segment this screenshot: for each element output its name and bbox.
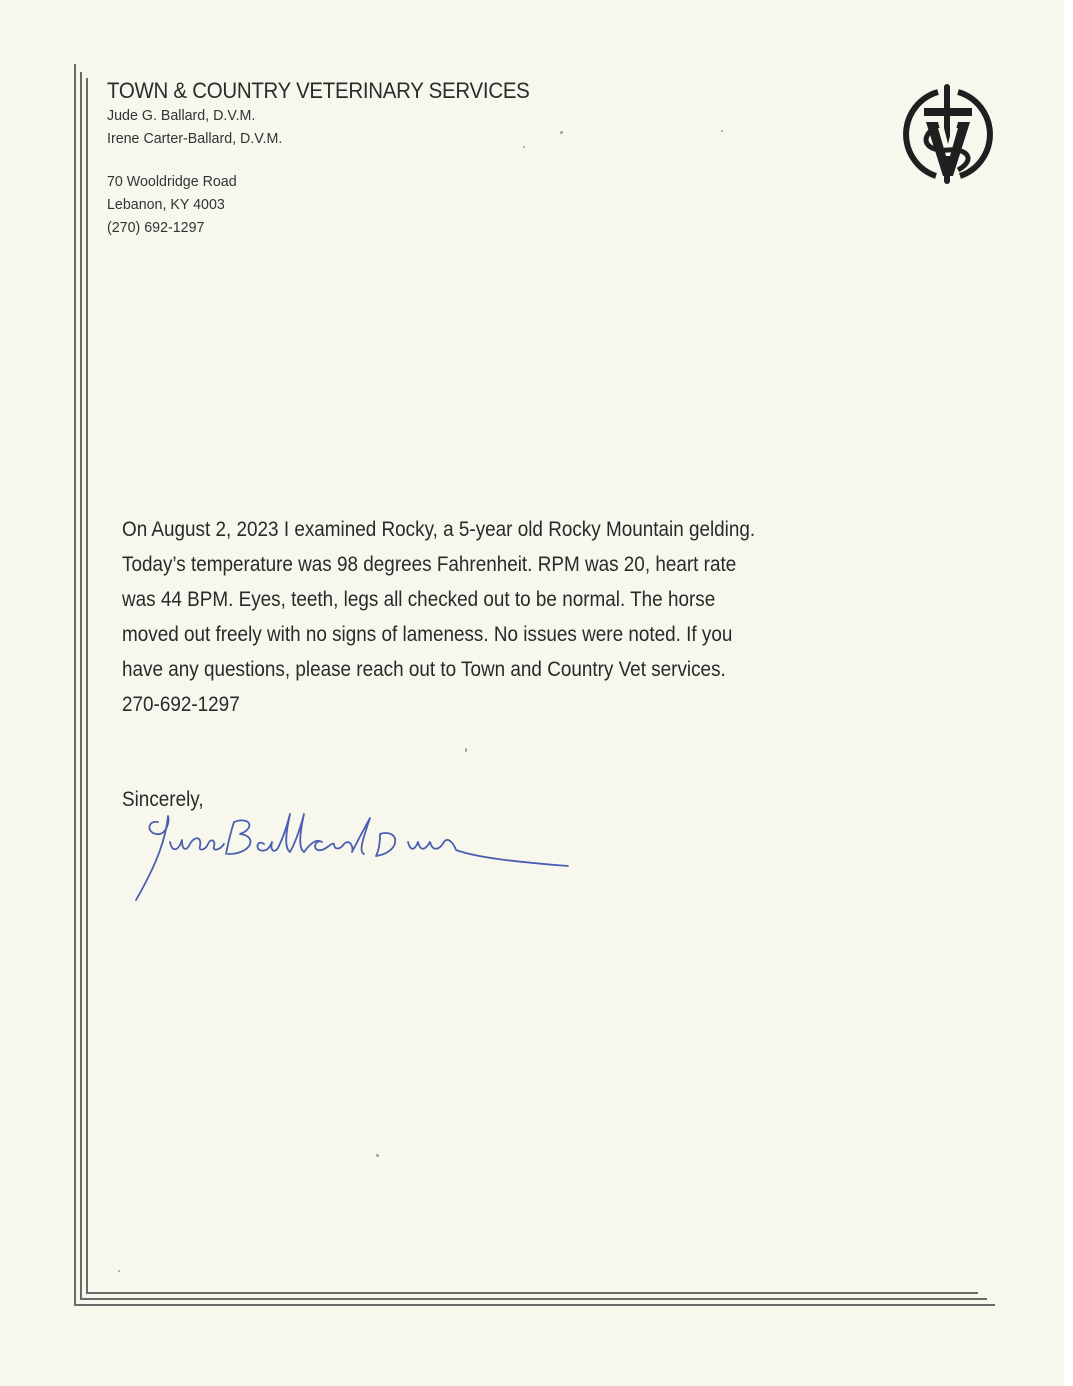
paper-speck <box>465 748 467 752</box>
border-line-left-middle <box>80 72 82 1298</box>
body-line: moved out freely with no signs of lamene… <box>122 617 878 652</box>
scan-edge <box>1064 0 1073 1386</box>
border-line-left-inner <box>86 78 88 1292</box>
address-city-state-zip: Lebanon, KY 4003 <box>107 193 539 216</box>
veterinary-caduceus-v-icon <box>898 80 998 190</box>
border-line-bottom-middle <box>80 1298 987 1300</box>
body-line: have any questions, please reach out to … <box>122 652 878 687</box>
body-line: On August 2, 2023 I examined Rocky, a 5-… <box>122 512 878 547</box>
paper-speck <box>376 1154 379 1157</box>
paper-speck <box>560 131 563 134</box>
organization-name: TOWN & COUNTRY VETERINARY SERVICES <box>107 78 530 104</box>
letter-body: On August 2, 2023 I examined Rocky, a 5-… <box>122 512 962 722</box>
paper-speck <box>523 146 525 148</box>
border-line-bottom-outer <box>74 1304 995 1306</box>
address-street: 70 Wooldridge Road <box>107 170 539 193</box>
border-line-bottom-inner <box>86 1292 978 1294</box>
body-line: Today’s temperature was 98 degrees Fahre… <box>122 547 878 582</box>
paper-speck <box>721 130 723 132</box>
body-line: was 44 BPM. Eyes, teeth, legs all checke… <box>122 582 878 617</box>
address-phone: (270) 692-1297 <box>107 216 539 239</box>
letterhead: TOWN & COUNTRY VETERINARY SERVICES Jude … <box>107 78 561 239</box>
body-line-phone: 270-692-1297 <box>122 687 878 722</box>
veterinarian-name: Jude G. Ballard, D.V.M. <box>107 104 539 127</box>
border-line-left-outer <box>74 64 76 1304</box>
veterinarian-name: Irene Carter-Ballard, D.V.M. <box>107 127 539 150</box>
paper-speck <box>118 1270 120 1272</box>
handwritten-signature <box>118 792 588 912</box>
